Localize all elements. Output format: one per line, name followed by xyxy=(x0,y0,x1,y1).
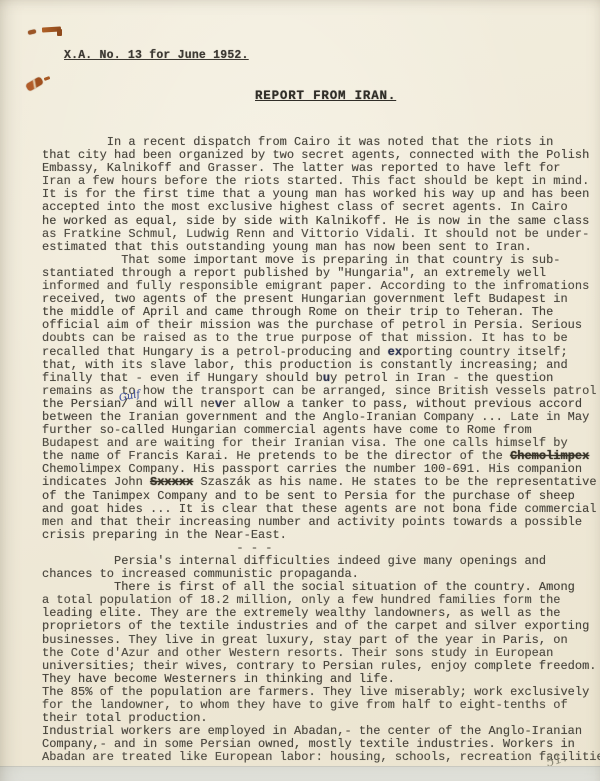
typed-text: Embassy, Kalnikoff and Grasser. The latt… xyxy=(42,161,560,175)
typed-text: as Fratkine Schmul, Ludwig Renn and Vitt… xyxy=(42,227,589,241)
typed-text: recalled that Hungary is a petrol-produc… xyxy=(42,345,388,359)
typed-text: universities; their wives, contrary to P… xyxy=(42,659,597,673)
document-body: In a recent dispatch from Cairo it was n… xyxy=(42,136,600,765)
typed-text: a total population of 18.2 million, only… xyxy=(42,593,560,607)
rust-stain-mark xyxy=(25,76,44,91)
typed-text: finally that - even if Hungary should b xyxy=(42,371,323,385)
typed-text: the Persian xyxy=(42,397,121,411)
typed-text: Persia's internal difficulties indeed gi… xyxy=(42,554,546,568)
typed-text: estimated that this outstanding young ma… xyxy=(42,240,532,254)
typed-text: received, two agents of the present Hung… xyxy=(42,292,568,306)
typed-text: of the Tanimpex Company and to be sent t… xyxy=(42,489,575,503)
typed-text: between the Iranian government and the A… xyxy=(42,410,589,424)
typed-text: accepted into the most exclusive highest… xyxy=(42,200,568,214)
overstruck-correction: ex xyxy=(388,345,402,359)
typed-text: informed and fully responsible emigrant … xyxy=(42,279,589,293)
typed-text: - - - xyxy=(42,541,272,555)
typed-text: porting country itself; xyxy=(402,345,568,359)
typed-text: further so-called Hungarian commercial a… xyxy=(42,423,532,437)
typed-text: er allow a tanker to pass, without previ… xyxy=(222,397,582,411)
typed-text: Industrial workers are employed in Abada… xyxy=(42,724,582,738)
typed-text: Szaszák as his name. He states to be the… xyxy=(193,475,596,489)
typed-text: official aim of their mission was the pu… xyxy=(42,318,582,332)
struck-out-text: Sxxxxx xyxy=(150,475,193,489)
rust-stain-mark xyxy=(57,29,62,36)
typed-text: the middle of April and came through Rom… xyxy=(42,305,553,319)
typed-text: that, with its slave labor, this product… xyxy=(42,358,568,372)
typed-text: In a recent dispatch from Cairo it was n… xyxy=(42,135,553,149)
typed-text: leading elite. They are the extremely we… xyxy=(42,606,560,620)
rust-stain-mark xyxy=(44,76,51,81)
typed-text: the name of Francis Karai. He pretends t… xyxy=(42,449,510,463)
typed-text: Company,- and in some Persian owned, mos… xyxy=(42,737,575,751)
text-line: Abadan are treated like European labor: … xyxy=(42,751,600,764)
typed-text: businesses. They live in great luxury, s… xyxy=(42,633,568,647)
typed-text: stantiated through a report published by… xyxy=(42,266,546,280)
typed-text: That some important move is preparing in… xyxy=(42,253,560,267)
typed-text: he worked as equal, side by side with Ka… xyxy=(42,214,589,228)
typed-text: There is first of all the social situati… xyxy=(42,580,575,594)
typed-text: Abadan are treated like European labor: … xyxy=(42,750,600,764)
document-title: REPORT FROM IRAN. xyxy=(255,89,396,103)
typed-text: that city had been organized by two secr… xyxy=(42,148,589,162)
overstruck-correction: u xyxy=(323,371,330,385)
typed-text: indicates John xyxy=(42,475,150,489)
typed-text: and goat hides ... It is clear that thes… xyxy=(42,502,597,516)
scanned-document-page: X.A. No. 13 for June 1952. REPORT FROM I… xyxy=(0,0,600,781)
typed-text: the Cote d'Azur and other Western resort… xyxy=(42,646,553,660)
typed-text: doubts can be raised as to the true purp… xyxy=(42,331,568,345)
typed-text: chances to increased communistic propaga… xyxy=(42,567,359,581)
scanner-edge-strip xyxy=(0,766,600,781)
typed-text: for the landowner, to whom they have to … xyxy=(42,698,568,712)
typed-text: men and that their increasing number and… xyxy=(42,515,582,529)
typed-text: their total production. xyxy=(42,711,208,725)
overstruck-correction: v xyxy=(215,397,222,411)
rust-stain-mark xyxy=(28,29,37,35)
typed-text: crisis preparing in the Near-East. xyxy=(42,528,287,542)
struck-out-text: Chemolimpex xyxy=(510,449,589,463)
typed-text: y petrol in Iran - the question xyxy=(330,371,553,385)
typed-text: It is for the first time that a young ma… xyxy=(42,187,589,201)
typed-text: They have become Westerners in thinking … xyxy=(42,672,395,686)
typed-text: proprietors of the textile industries an… xyxy=(42,619,589,633)
document-reference-header: X.A. No. 13 for June 1952. xyxy=(64,49,249,62)
typed-text: The 85% of the population are farmers. T… xyxy=(42,685,589,699)
typed-text: Iran a few hours before the riots starte… xyxy=(42,174,589,188)
